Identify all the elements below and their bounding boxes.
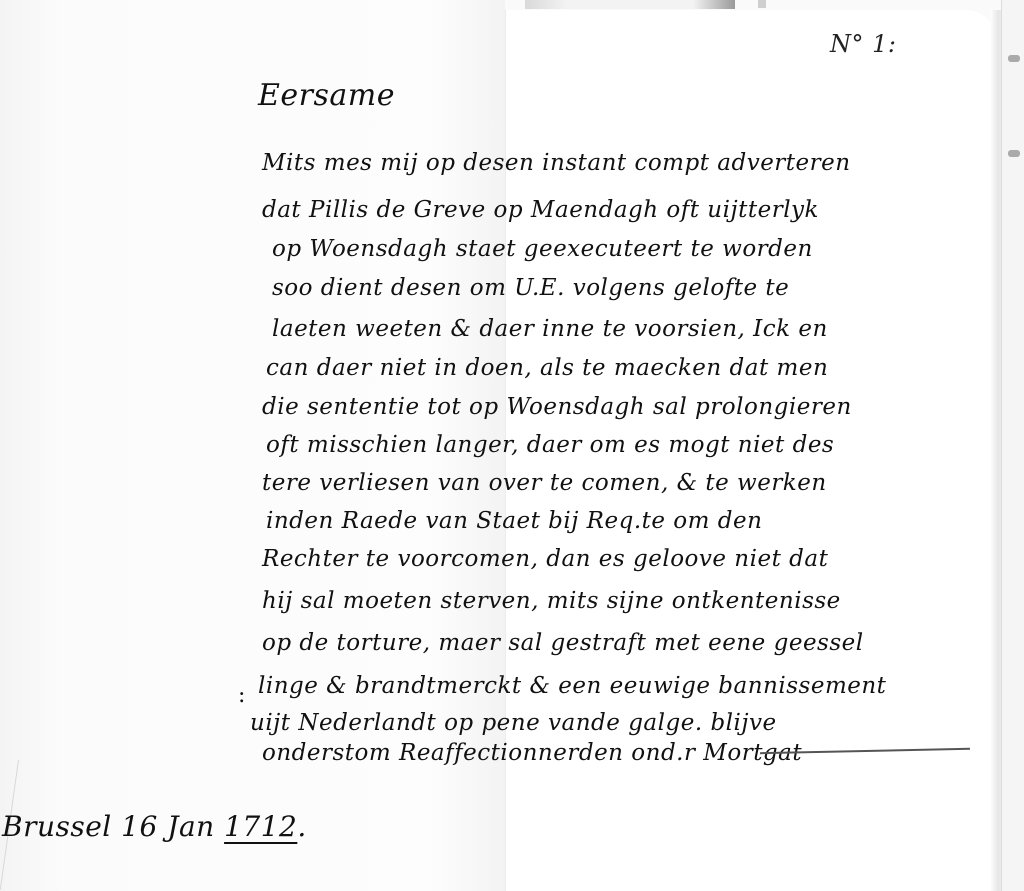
underlying-page-edge	[1001, 0, 1024, 891]
letter-line: uijt Nederlandt op pene vande galge. bli…	[250, 712, 777, 735]
margin-hyphen-mark: :	[238, 683, 245, 708]
letter-line: Rechter te voorcomen, dan es geloove nie…	[262, 548, 828, 571]
ink-bleed-mark	[1008, 55, 1020, 62]
closing-year: 1712	[224, 810, 297, 843]
letter-line: laeten weeten & daer inne te voorsien, I…	[272, 318, 828, 341]
folio-number: N° 1:	[830, 30, 896, 58]
letter-line: linge & brandtmerckt & een eeuwige banni…	[258, 675, 886, 698]
letter-line: onderstom Reaffectionnerden ond.r Mortga…	[262, 742, 802, 765]
closing-period: .	[297, 810, 306, 843]
letter-line: dat Pillis de Greve op Maendagh oft uijt…	[262, 199, 819, 222]
letter-line: soo dient desen om U.E. volgens gelofte …	[272, 277, 789, 300]
letter-line: tere verliesen van over te comen, & te w…	[262, 472, 827, 495]
place-date-line: Brussel 16 Jan 1712.	[2, 810, 307, 843]
salutation: Eersame	[258, 78, 395, 113]
ink-bleed-mark	[1008, 150, 1020, 157]
closing-day: 16	[121, 810, 158, 843]
letter-line: op de torture, maer sal gestraft met een…	[262, 632, 864, 655]
binding-strip	[525, 0, 735, 9]
letter-line: inden Raede van Staet bij Req.te om den	[266, 510, 762, 533]
binding-tab	[758, 0, 766, 8]
document-scan: N° 1: Eersame Mits mes mij op desen inst…	[0, 0, 1024, 891]
letter-line: op Woensdagh staet geexecuteert te worde…	[272, 238, 813, 261]
letter-line: Mits mes mij op desen instant compt adve…	[262, 152, 851, 175]
letter-line: can daer niet in doen, als te maecken da…	[266, 357, 828, 380]
letter-line: die sententie tot op Woensdagh sal prolo…	[262, 396, 852, 419]
closing-place: Brussel	[2, 810, 112, 843]
letter-line: oft misschien langer, daer om es mogt ni…	[266, 434, 834, 457]
closing-month: Jan	[167, 810, 214, 843]
letter-line: hij sal moeten sterven, mits sijne ontke…	[262, 590, 841, 613]
